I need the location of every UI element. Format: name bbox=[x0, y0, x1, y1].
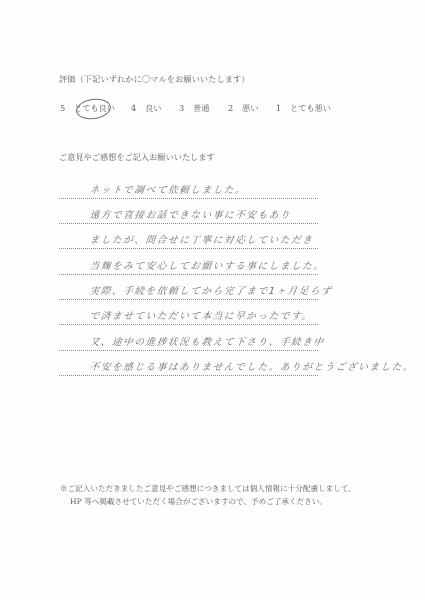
comment-line: ネットで調べて依頼しました。 bbox=[59, 178, 318, 199]
rating-number: 5 bbox=[60, 103, 74, 113]
rating-label: 普通 bbox=[193, 103, 209, 113]
handwritten-text: 実際、手続を依頼してから完了まで1ヶ月足らず bbox=[89, 283, 333, 297]
rating-options: 5とても良い 4良い 3普通 2悪い 1とても悪い bbox=[60, 103, 360, 117]
privacy-notice-line-2: HP 等へ掲載させていただく場合がございますので、予めご了承ください。 bbox=[60, 495, 356, 508]
privacy-notice: ※ご記入いただきましたご意見やご感想につきましては個人情報に十分配慮しまして、 … bbox=[60, 482, 356, 508]
comment-line: 又、途中の進捗状況も教えて下さり、手続き中 bbox=[59, 330, 318, 351]
comment-line: 当麹をみて安心してお願いする事にしました。 bbox=[59, 254, 318, 275]
rating-number: 4 bbox=[131, 103, 145, 113]
handwritten-text: 不安を感じる事はありませんでした。ありがとうございました。 bbox=[89, 359, 415, 373]
survey-form-page: 評価（下記いずれかに〇マルをお願いいたします） 5とても良い 4良い 3普通 2… bbox=[0, 0, 425, 600]
privacy-notice-line-1: ※ご記入いただきましたご意見やご感想につきましては個人情報に十分配慮しまして、 bbox=[60, 482, 356, 495]
rating-number: 3 bbox=[179, 103, 193, 113]
rating-option-1[interactable]: 1とても悪い bbox=[276, 103, 331, 114]
handwritten-text: で済ませていただいて本当に早かったです。 bbox=[89, 308, 314, 322]
rating-option-4[interactable]: 4良い bbox=[131, 103, 161, 114]
comment-line: 実際、手続を依頼してから完了まで1ヶ月足らず bbox=[59, 279, 318, 300]
rating-instructions: 評価（下記いずれかに〇マルをお願いいたします） bbox=[59, 74, 250, 85]
rating-option-5[interactable]: 5とても良い bbox=[60, 103, 115, 114]
handwritten-text: ましたが、問合せに丁寧に対応していただき bbox=[89, 232, 314, 246]
rating-number: 1 bbox=[276, 103, 290, 113]
comments-instructions: ご意見やご感想をご記入お願いいたします bbox=[59, 152, 215, 163]
comment-line: 遠方で直接お話できない事に不安もあり bbox=[59, 203, 318, 224]
comment-line: 不安を感じる事はありませんでした。ありがとうございました。 bbox=[59, 355, 318, 376]
rating-option-2[interactable]: 2悪い bbox=[228, 103, 258, 114]
comment-line: で済ませていただいて本当に早かったです。 bbox=[59, 304, 318, 325]
rating-number: 2 bbox=[228, 103, 242, 113]
handwritten-text: ネットで調べて依頼しました。 bbox=[89, 182, 247, 196]
comment-field[interactable]: ネットで調べて依頼しました。 遠方で直接お話できない事に不安もあり ましたが、問… bbox=[59, 178, 321, 388]
rating-label: とても悪い bbox=[290, 103, 331, 113]
rating-option-3[interactable]: 3普通 bbox=[179, 103, 209, 114]
handwritten-text: 又、途中の進捗状況も教えて下さり、手続き中 bbox=[89, 334, 326, 348]
handwritten-text: 遠方で直接お話できない事に不安もあり bbox=[89, 207, 292, 221]
rating-label: 悪い bbox=[242, 103, 258, 113]
handwritten-text: 当麹をみて安心してお願いする事にしました。 bbox=[89, 258, 326, 272]
rating-label: とても良い bbox=[74, 103, 115, 113]
rating-label: 良い bbox=[145, 103, 161, 113]
comment-line: ましたが、問合せに丁寧に対応していただき bbox=[59, 228, 318, 249]
